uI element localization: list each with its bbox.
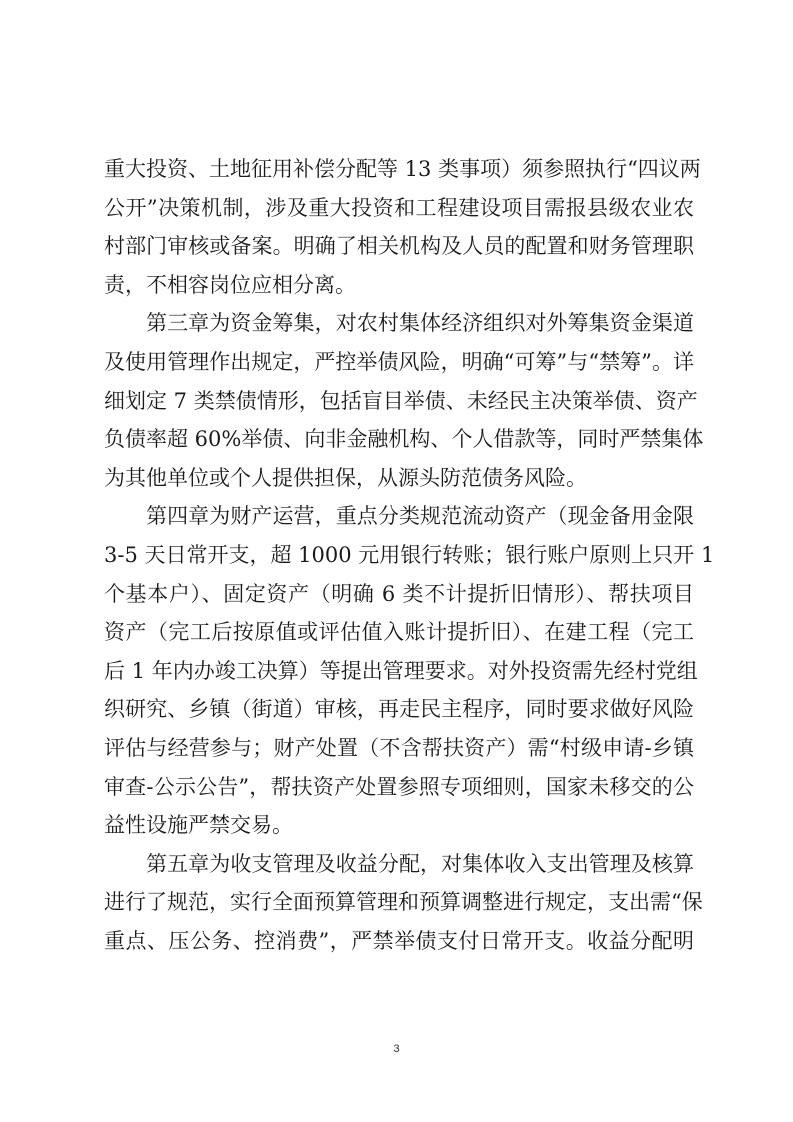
- document-page: 重大投资、土地征用补偿分配等 13 类事项）须参照执行“四议两 公开”决策机制，…: [0, 0, 793, 1122]
- text-line: 进行了规范，实行全面预算管理和预算调整进行规定，支出需“保: [104, 883, 694, 922]
- text-line: 织研究、乡镇（街道）审核，再走民主程序，同时要求做好风险: [104, 690, 694, 729]
- text-line: 为其他单位或个人提供担保，从源头防范债务风险。: [104, 459, 694, 498]
- paragraph: 第五章为收支管理及收益分配，对集体收入支出管理及核算 进行了规范，实行全面预算管…: [104, 845, 694, 961]
- page-number: 3: [0, 1043, 793, 1055]
- text-line: 第五章为收支管理及收益分配，对集体收入支出管理及核算: [104, 845, 694, 884]
- text-line: 重点、压公务、控消费”，严禁举债支付日常开支。收益分配明: [104, 922, 694, 961]
- text-line: 及使用管理作出规定，严控举债风险，明确“可筹”与“禁筹”。详: [104, 343, 694, 382]
- text-line: 村部门审核或备案。明确了相关机构及人员的配置和财务管理职: [104, 227, 694, 266]
- text-line: 益性设施严禁交易。: [104, 806, 694, 845]
- document-body: 重大投资、土地征用补偿分配等 13 类事项）须参照执行“四议两 公开”决策机制，…: [104, 150, 694, 960]
- text-line: 细划定 7 类禁债情形，包括盲目举债、未经民主决策举债、资产: [104, 382, 694, 421]
- text-line: 第三章为资金筹集，对农村集体经济组织对外筹集资金渠道: [104, 304, 694, 343]
- text-line: 公开”决策机制，涉及重大投资和工程建设项目需报县级农业农: [104, 189, 694, 228]
- text-line: 重大投资、土地征用补偿分配等 13 类事项）须参照执行“四议两: [104, 150, 694, 189]
- text-line: 资产（完工后按原值或评估值入账计提折旧）、在建工程（完工: [104, 613, 694, 652]
- text-line: 个基本户）、固定资产（明确 6 类不计提折旧情形）、帮扶项目: [104, 575, 694, 614]
- paragraph: 第四章为财产运营，重点分类规范流动资产（现金备用金限 3-5 天日常开支，超 1…: [104, 497, 694, 844]
- text-line: 第四章为财产运营，重点分类规范流动资产（现金备用金限: [104, 497, 694, 536]
- text-line: 责，不相容岗位应相分离。: [104, 266, 694, 305]
- text-line: 3-5 天日常开支，超 1000 元用银行转账；银行账户原则上只开 1: [104, 536, 694, 575]
- paragraph: 第三章为资金筹集，对农村集体经济组织对外筹集资金渠道 及使用管理作出规定，严控举…: [104, 304, 694, 497]
- text-line: 审查-公示公告”，帮扶资产处置参照专项细则，国家未移交的公: [104, 768, 694, 807]
- text-line: 评估与经营参与；财产处置（不含帮扶资产）需“村级申请-乡镇: [104, 729, 694, 768]
- text-line: 负债率超 60%举债、向非金融机构、个人借款等，同时严禁集体: [104, 420, 694, 459]
- text-line: 后 1 年内办竣工决算）等提出管理要求。对外投资需先经村党组: [104, 652, 694, 691]
- paragraph: 重大投资、土地征用补偿分配等 13 类事项）须参照执行“四议两 公开”决策机制，…: [104, 150, 694, 304]
